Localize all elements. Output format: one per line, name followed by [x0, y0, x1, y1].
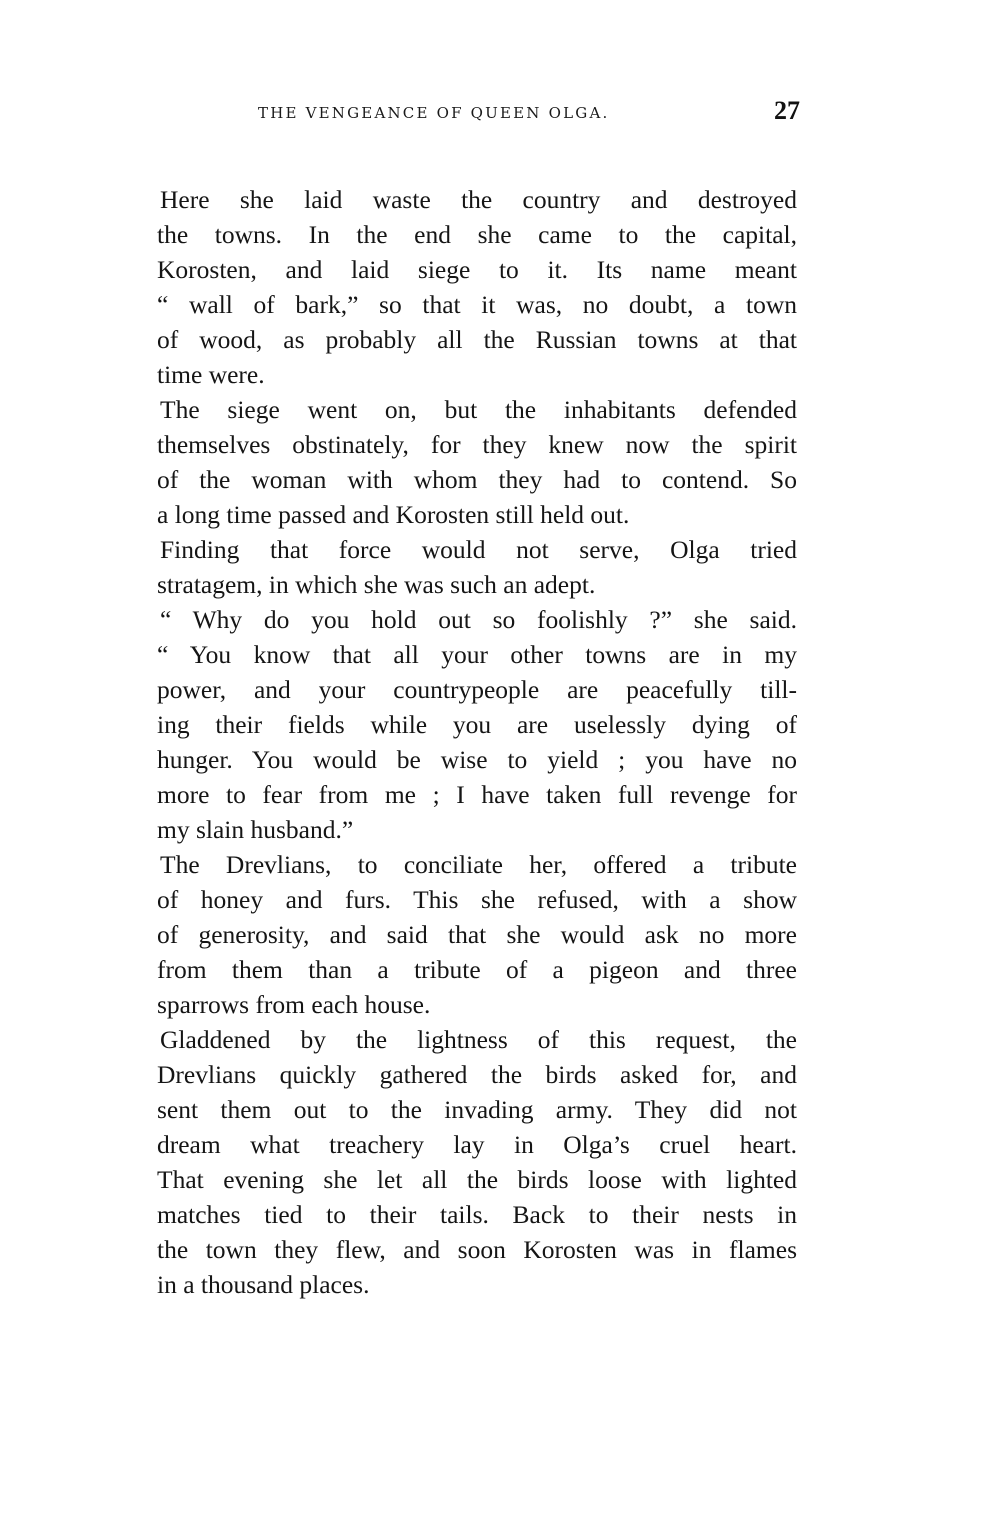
text-line: hunger. You would be wise to yield ; you…	[157, 742, 797, 778]
text-line: power, and your countrypeople are peacef…	[157, 672, 797, 708]
text-line: a long time passed and Korosten still he…	[157, 497, 797, 533]
text-line: themselves obstinately, for they knew no…	[157, 427, 797, 463]
text-line: of the woman with whom they had to conte…	[157, 462, 797, 498]
text-line: “ You know that all your other towns are…	[157, 637, 797, 673]
text-line: “ wall of bark,” so that it was, no doub…	[157, 287, 797, 323]
text-line: of honey and furs. This she refused, wit…	[157, 882, 797, 918]
text-line: the town they flew, and soon Korosten wa…	[157, 1232, 797, 1268]
text-line: Korosten, and laid siege to it. Its name…	[157, 252, 797, 288]
text-line: “ Why do you hold out so foolishly ?” sh…	[160, 602, 797, 638]
text-line: Gladdened by the lightness of this reque…	[160, 1022, 797, 1058]
text-line: of wood, as probably all the Russian tow…	[157, 322, 797, 358]
text-line: The siege went on, but the inhabitants d…	[160, 392, 797, 428]
text-line: matches tied to their tails. Back to the…	[157, 1197, 797, 1233]
text-line: from them than a tribute of a pigeon and…	[157, 952, 797, 988]
text-line: Here she laid waste the country and dest…	[160, 182, 797, 218]
text-line: stratagem, in which she was such an adep…	[157, 567, 797, 603]
text-line: in a thousand places.	[157, 1267, 797, 1303]
text-line: time were.	[157, 357, 797, 393]
text-line: the towns. In the end she came to the ca…	[157, 217, 797, 253]
text-line: Finding that force would not serve, Olga…	[160, 532, 797, 568]
text-line: Drevlians quickly gathered the birds ask…	[157, 1057, 797, 1093]
text-line: dream what treachery lay in Olga’s cruel…	[157, 1127, 797, 1163]
text-line: sent them out to the invading army. They…	[157, 1092, 797, 1128]
book-page: THE VENGEANCE OF QUEEN OLGA. 27 Here she…	[0, 0, 1000, 1537]
page-number: 27	[755, 96, 800, 126]
running-header-title: THE VENGEANCE OF QUEEN OLGA.	[258, 104, 678, 122]
text-line: sparrows from each house.	[157, 987, 797, 1023]
text-line: my slain husband.”	[157, 812, 797, 848]
text-line: more to fear from me ; I have taken full…	[157, 777, 797, 813]
text-line: of generosity, and said that she would a…	[157, 917, 797, 953]
text-line: That evening she let all the birds loose…	[157, 1162, 797, 1198]
text-line: The Drevlians, to conciliate her, offere…	[160, 847, 797, 883]
text-line: ing their fields while you are uselessly…	[157, 707, 797, 743]
